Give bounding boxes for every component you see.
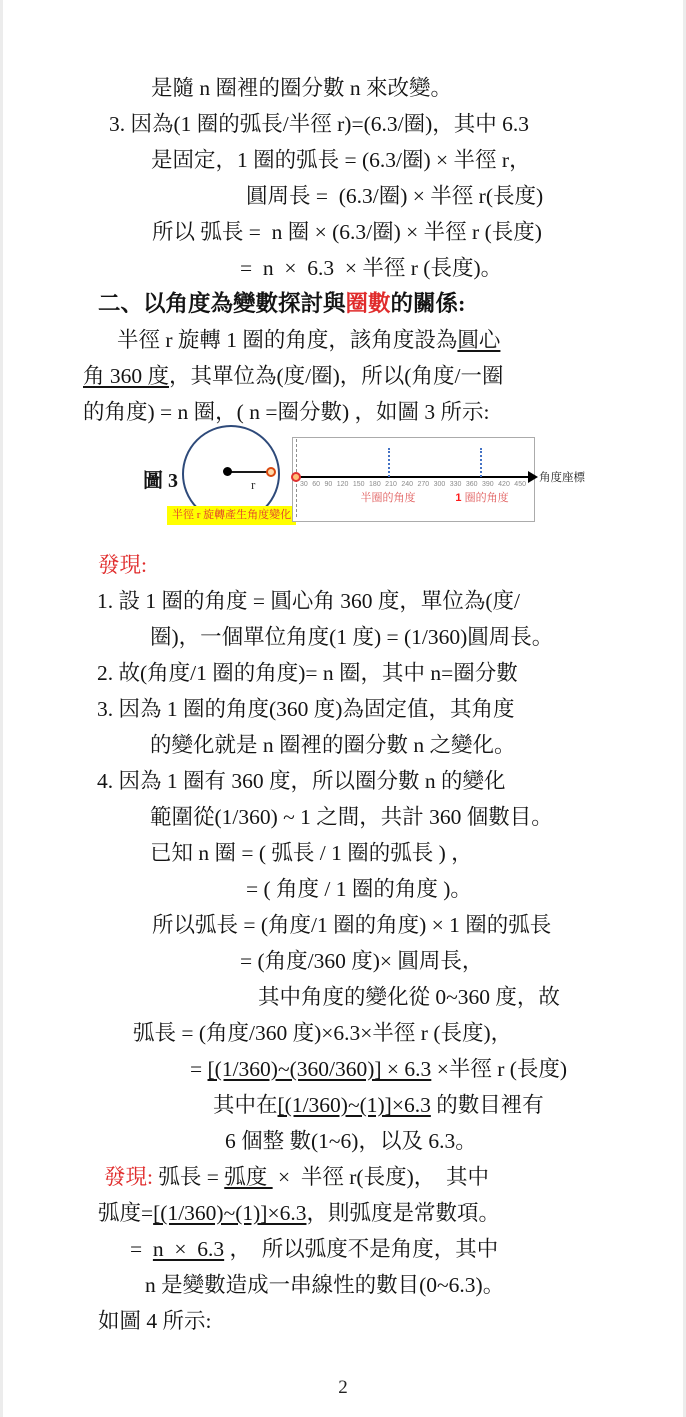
text-segment: ，則弧度是常數項。 xyxy=(306,1201,500,1225)
text-segment: 3. 因為(1 圈的弧長/半徑 r)=(6.3/圈)，其中 6.3 xyxy=(109,112,529,136)
text-line: 發現: xyxy=(98,547,686,583)
text-segment: 所以弧長 = (角度/1 圈的角度) × 1 圈的弧長 xyxy=(152,913,551,937)
axis-tick-label: 150 xyxy=(353,481,365,488)
axis-tick-label: 270 xyxy=(417,481,429,488)
text-line: 弧長 = (角度/360 度)×6.3×半徑 r (長度)， xyxy=(133,1015,686,1051)
text-segment: 的數目裡有 xyxy=(431,1093,544,1117)
text-line: 的角度) = n 圈，( n =圈分數) ，如圖 3 所示: xyxy=(83,394,686,430)
text-segment: 所以 弧長 = n 圈 × (6.3/圈) × 半徑 r (長度) xyxy=(152,220,542,244)
text-line: 所以弧長 = (角度/1 圈的角度) × 1 圈的弧長 xyxy=(152,907,686,943)
axis-title: 角度座標 xyxy=(539,469,585,485)
angle-axis-panel xyxy=(292,437,535,522)
text-segment: 其中角度的變化從 0~360 度，故 xyxy=(258,985,560,1009)
text-line: 3. 因為(1 圈的弧長/半徑 r)=(6.3/圈)，其中 6.3 xyxy=(109,106,686,142)
text-line: 2. 故(角度/1 圈的角度)= n 圈，其中 n=圈分數 xyxy=(97,655,686,691)
axis-tick-label: 30 xyxy=(300,481,308,488)
text-line: 是固定，1 圈的弧長 = (6.3/圈) × 半徑 r， xyxy=(151,142,686,178)
axis-tick-label: 420 xyxy=(498,481,510,488)
text-segment: = ( 角度 / 1 圈的角度 )。 xyxy=(246,877,472,901)
axis-tick-label: 120 xyxy=(337,481,349,488)
text-line: 半徑 r 旋轉 1 圈的角度，該角度設為圓心 xyxy=(117,322,686,358)
radius-line xyxy=(228,471,273,473)
text-segment: 是固定，1 圈的弧長 = (6.3/圈) × 半徑 r， xyxy=(151,148,531,172)
full-turn-dotted-line xyxy=(480,448,482,477)
text-line: 範圍從(1/360) ~ 1 之間，共計 360 個數目。 xyxy=(150,799,686,835)
text-line: 其中在[(1/360)~(1)]×6.3 的數目裡有 xyxy=(213,1087,686,1123)
text-line: 角 360 度，其單位為(度/圈)，所以(角度/一圈 xyxy=(83,358,686,394)
text-line: 4. 因為 1 圈有 360 度，所以圈分數 n 的變化 xyxy=(97,763,686,799)
text-line: = [(1/360)~(360/360)] × 6.3 ×半徑 r (長度) xyxy=(190,1051,686,1087)
text-segment: 已知 n 圈 = ( 弧長 / 1 圈的弧長 ) ， xyxy=(150,841,473,865)
body-text-lower: 發現:1. 設 1 圈的角度 = 圓心角 360 度，單位為(度/圈)，一個單位… xyxy=(0,547,686,1339)
half-turn-dotted-line xyxy=(388,448,390,477)
text-segment: 範圍從(1/360) ~ 1 之間，共計 360 個數目。 xyxy=(150,805,553,829)
axis-tick-label: 390 xyxy=(482,481,494,488)
text-segment: 的角度) = n 圈，( n =圈分數) ，如圖 3 所示: xyxy=(83,400,489,424)
text-segment: = n × 6.3 × 半徑 r (長度)。 xyxy=(240,256,502,280)
axis-tick-label: 330 xyxy=(450,481,462,488)
full-turn-text: 圈的角度 xyxy=(462,492,509,504)
text-line: = (角度/360 度)× 圓周長， xyxy=(240,943,686,979)
circle-edge-marker xyxy=(266,467,276,477)
text-segment: 的變化就是 n 圈裡的圈分數 n 之變化。 xyxy=(150,733,516,757)
text-segment: 二、以角度為變數探討與 xyxy=(98,291,346,316)
text-segment: × 半徑 r(長度)， 其中 xyxy=(273,1165,489,1189)
angle-axis-line xyxy=(296,476,529,478)
text-segment: 2. 故(角度/1 圈的角度)= n 圈，其中 n=圈分數 xyxy=(97,661,518,685)
axis-tick-label: 180 xyxy=(369,481,381,488)
text-segment: ×半徑 r (長度) xyxy=(431,1057,567,1081)
text-segment: 弧長 = xyxy=(153,1165,224,1189)
text-segment: 3. 因為 1 圈的角度(360 度)為固定值，其角度 xyxy=(97,697,514,721)
text-segment: 圈數 xyxy=(346,291,391,316)
text-segment: [(1/360)~(360/360)] × 6.3 xyxy=(208,1057,432,1081)
text-segment: 4. 因為 1 圈有 360 度，所以圈分數 n 的變化 xyxy=(97,769,506,793)
text-segment: 如圖 4 所示: xyxy=(98,1309,211,1333)
text-line: 是隨 n 圈裡的圈分數 n 來改變。 xyxy=(151,70,686,106)
text-line: 弧度=[(1/360)~(1)]×6.3，則弧度是常數項。 xyxy=(98,1195,686,1231)
axis-tick-label: 210 xyxy=(385,481,397,488)
text-segment: 角 360 度 xyxy=(83,364,169,388)
document-page: 是隨 n 圈裡的圈分數 n 來改變。3. 因為(1 圈的弧長/半徑 r)=(6.… xyxy=(0,0,686,1417)
text-line: = n × 6.3 ， 所以弧度不是角度，其中 xyxy=(130,1231,686,1267)
text-line: = ( 角度 / 1 圈的角度 )。 xyxy=(246,871,686,907)
text-segment: 半徑 r 旋轉 1 圈的角度，該角度設為 xyxy=(117,328,457,352)
text-line: 二、以角度為變數探討與圈數的關係: xyxy=(98,286,686,322)
text-segment: = xyxy=(130,1237,153,1261)
text-segment: [(1/360)~(1)]×6.3 xyxy=(153,1201,306,1225)
full-turn-label: 1 圈的角度 xyxy=(437,489,527,505)
text-segment: 圈)，一個單位角度(1 度) = (1/360)圓周長。 xyxy=(150,625,553,649)
body-text-upper: 是隨 n 圈裡的圈分數 n 來改變。3. 因為(1 圈的弧長/半徑 r)=(6.… xyxy=(0,70,686,430)
text-segment: 的關係: xyxy=(391,291,466,316)
text-segment: 發現: xyxy=(98,553,147,577)
text-segment: 弧度= xyxy=(98,1201,153,1225)
vertical-dashed-axis xyxy=(296,439,297,517)
text-line: 已知 n 圈 = ( 弧長 / 1 圈的弧長 ) ， xyxy=(150,835,686,871)
text-line: n 是變數造成一串線性的數目(0~6.3)。 xyxy=(145,1267,686,1303)
text-line: 其中角度的變化從 0~360 度，故 xyxy=(258,979,686,1015)
text-segment: 其中在 xyxy=(213,1093,278,1117)
text-segment: 是隨 n 圈裡的圈分數 n 來改變。 xyxy=(151,76,452,100)
text-segment: 6 個整 數(1~6)，以及 6.3。 xyxy=(225,1129,477,1153)
text-line: 發現: 弧長 = 弧度 × 半徑 r(長度)， 其中 xyxy=(104,1159,686,1195)
axis-tick-label: 90 xyxy=(325,481,333,488)
text-segment: [(1/360)~(1)]×6.3 xyxy=(278,1093,431,1117)
axis-tick-label: 450 xyxy=(514,481,526,488)
axis-arrowhead-icon xyxy=(528,471,538,483)
text-line: 圓周長 = (6.3/圈) × 半徑 r(長度) xyxy=(246,178,686,214)
axis-tick-label: 360 xyxy=(466,481,478,488)
text-segment: 圓心 xyxy=(457,328,500,352)
text-segment: = xyxy=(190,1057,208,1081)
text-segment: 弧長 = (角度/360 度)×6.3×半徑 r (長度)， xyxy=(133,1021,512,1045)
text-line: 所以 弧長 = n 圈 × (6.3/圈) × 半徑 r (長度) xyxy=(152,214,686,250)
origin-marker xyxy=(291,472,301,482)
text-segment: n 是變數造成一串線性的數目(0~6.3)。 xyxy=(145,1273,504,1297)
text-segment: ， 所以弧度不是角度，其中 xyxy=(224,1237,498,1261)
circle-center-dot xyxy=(223,467,232,476)
axis-tick-label: 60 xyxy=(312,481,320,488)
half-turn-label: 半圈的角度 xyxy=(343,489,433,505)
text-segment: 發現: xyxy=(104,1165,153,1189)
text-segment: ，其單位為(度/圈)，所以(角度/一圈 xyxy=(169,364,503,388)
text-line: 如圖 4 所示: xyxy=(98,1303,686,1339)
text-segment: 弧度 xyxy=(224,1165,272,1189)
text-line: = n × 6.3 × 半徑 r (長度)。 xyxy=(240,250,686,286)
axis-tick-label: 240 xyxy=(401,481,413,488)
full-turn-number: 1 xyxy=(455,492,461,504)
text-segment: 1. 設 1 圈的角度 = 圓心角 360 度，單位為(度/ xyxy=(97,589,520,613)
axis-tick-row: 3060901201501802102402703003303603904204… xyxy=(300,481,526,488)
figure-3-label: 圖 3 xyxy=(143,464,178,493)
figure-caption-highlight: 半徑 r 旋轉產生角度變化 xyxy=(167,506,296,525)
axis-tick-label: 300 xyxy=(434,481,446,488)
text-line: 1. 設 1 圈的角度 = 圓心角 360 度，單位為(度/ xyxy=(97,583,686,619)
circle-diagram xyxy=(182,425,280,523)
text-segment: n × 6.3 xyxy=(153,1237,224,1261)
page-number: 2 xyxy=(0,1377,686,1399)
text-line: 的變化就是 n 圈裡的圈分數 n 之變化。 xyxy=(150,727,686,763)
text-segment: = (角度/360 度)× 圓周長， xyxy=(240,949,483,973)
radius-label: r xyxy=(251,477,255,493)
text-segment: 圓周長 = (6.3/圈) × 半徑 r(長度) xyxy=(246,184,543,208)
text-line: 圈)，一個單位角度(1 度) = (1/360)圓周長。 xyxy=(150,619,686,655)
text-line: 6 個整 數(1~6)，以及 6.3。 xyxy=(225,1123,686,1159)
text-line: 3. 因為 1 圈的角度(360 度)為固定值，其角度 xyxy=(97,691,686,727)
